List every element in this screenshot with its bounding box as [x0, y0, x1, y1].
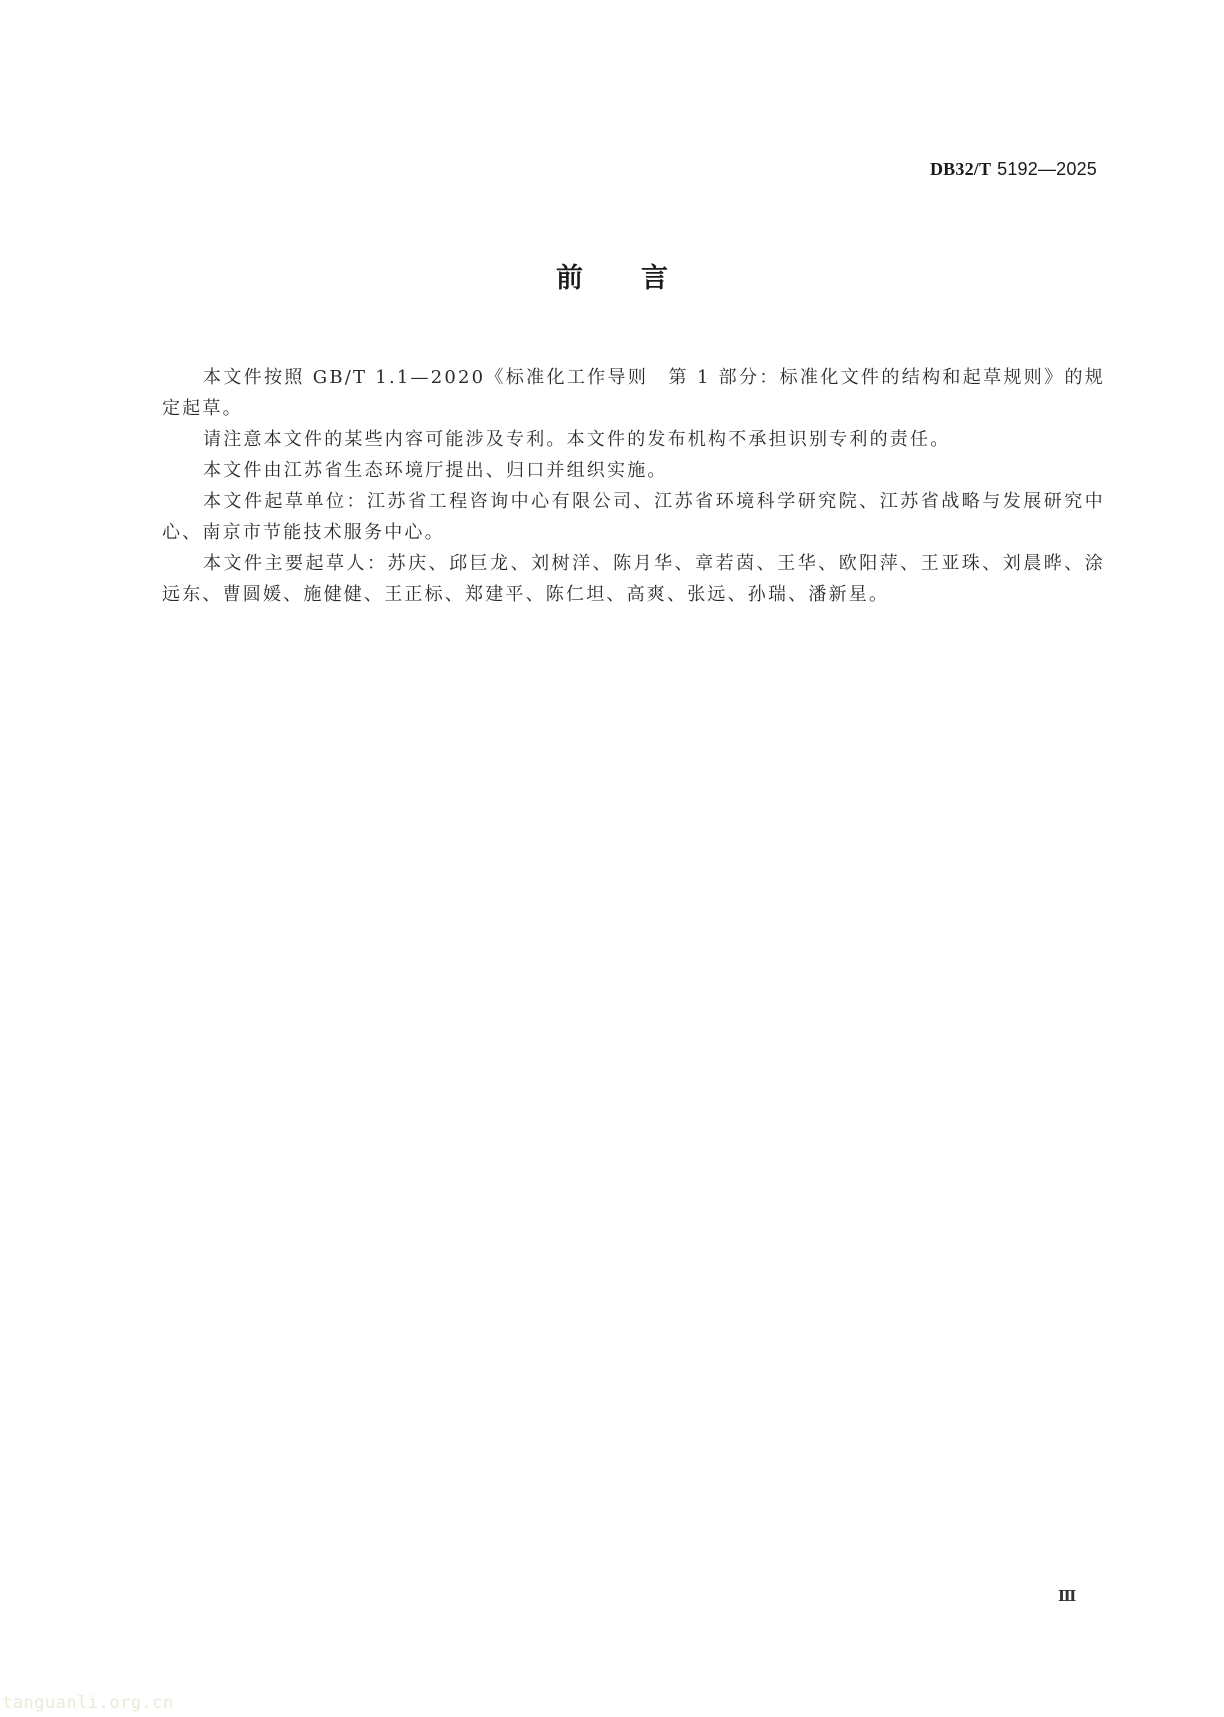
watermark: tanguanli.org.cn	[2, 1693, 174, 1713]
paragraph-drafters: 本文件主要起草人：苏庆、邱巨龙、刘树洋、陈月华、章若茵、王华、欧阳萍、王亚珠、刘…	[162, 548, 1105, 610]
page-title: 前言	[0, 262, 1224, 296]
page-title-char-1: 前	[556, 263, 583, 294]
document-page: DB32/T 5192—2025 前言 本文件按照 GB/T 1.1—2020《…	[0, 0, 1224, 1717]
paragraph-proposer: 本文件由江苏省生态环境厅提出、归口并组织实施。	[162, 455, 1105, 486]
paragraph-drafting-units: 本文件起草单位：江苏省工程咨询中心有限公司、江苏省环境科学研究院、江苏省战略与发…	[162, 486, 1105, 548]
paragraph-patent-notice: 请注意本文件的某些内容可能涉及专利。本文件的发布机构不承担识别专利的责任。	[162, 424, 1105, 455]
page-title-char-2: 言	[641, 263, 668, 294]
foreword-body: 本文件按照 GB/T 1.1—2020《标准化工作导则 第 1 部分：标准化文件…	[162, 362, 1105, 610]
page-number: Ⅲ	[1058, 1587, 1076, 1606]
paragraph-standard-basis: 本文件按照 GB/T 1.1—2020《标准化工作导则 第 1 部分：标准化文件…	[162, 362, 1105, 424]
document-code-number: 5192—2025	[997, 159, 1097, 179]
document-code: DB32/T 5192—2025	[930, 158, 1097, 181]
document-code-prefix: DB32/T	[930, 159, 991, 179]
